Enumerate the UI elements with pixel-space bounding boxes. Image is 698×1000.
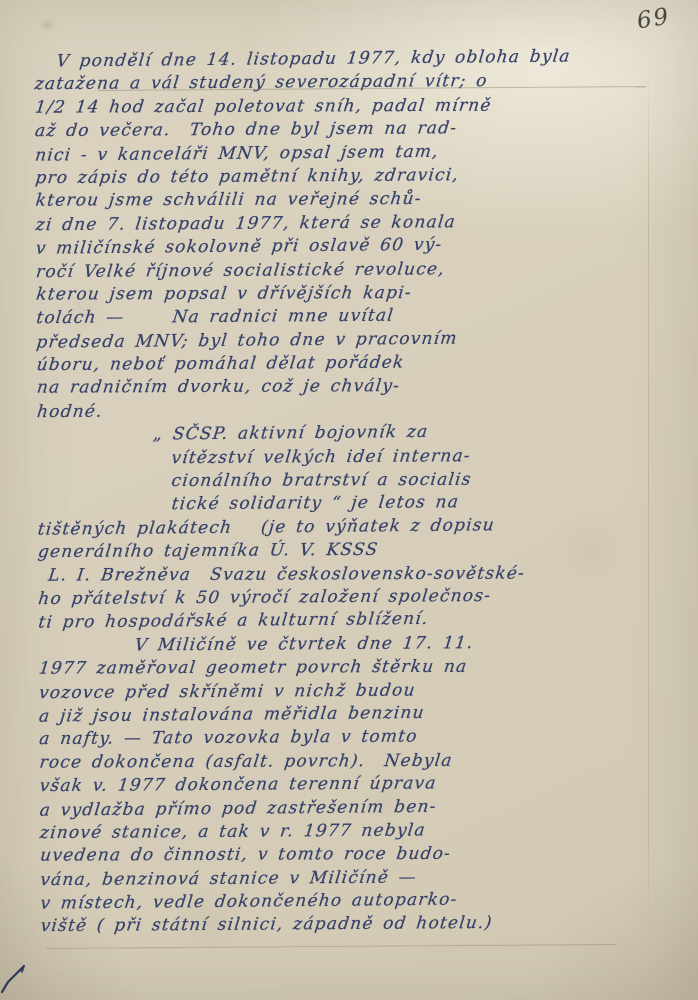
handwritten-line: kterou jsme schválili na veřejné schů- [34, 188, 653, 214]
handwritten-line: uvedena do činnosti, v tomto roce budo- [39, 843, 658, 869]
paper-smudge [38, 18, 56, 32]
handwritten-line: V Miličíně ve čtvrtek dne 17. 11. [37, 632, 656, 660]
page-number: 69 [635, 4, 672, 35]
manuscript-page: 69 V pondělí dne 14. listopadu 1977, kdy… [0, 0, 698, 1000]
manuscript-text: V pondělí dne 14. listopadu 1977, kdy ob… [33, 47, 655, 940]
pencil-guideline-bottom [46, 944, 616, 949]
handwritten-line: pro zápis do této pamětní knihy, zdravic… [34, 164, 653, 192]
handwritten-line: a nafty. — Tato vozovka byla v tomto [38, 725, 657, 753]
handwritten-line: 1977 zaměřoval geometr povrch štěrku na [37, 656, 656, 682]
handwritten-line: viště ( při státní silnici, západně od h… [39, 912, 658, 940]
checkmark-icon [0, 962, 34, 996]
handwritten-line: zatažena a vál studený severozápadní vít… [33, 70, 652, 98]
handwritten-line: generálního tajemníka Ú. V. KSSS [36, 538, 655, 566]
handwritten-line: zinové stanice, a tak v r. 1977 nebyla [38, 819, 657, 847]
handwritten-line: vítězství velkých ideí interna- [36, 444, 655, 472]
handwritten-line: ročí Velké říjnové socialistické revoluc… [35, 257, 654, 285]
